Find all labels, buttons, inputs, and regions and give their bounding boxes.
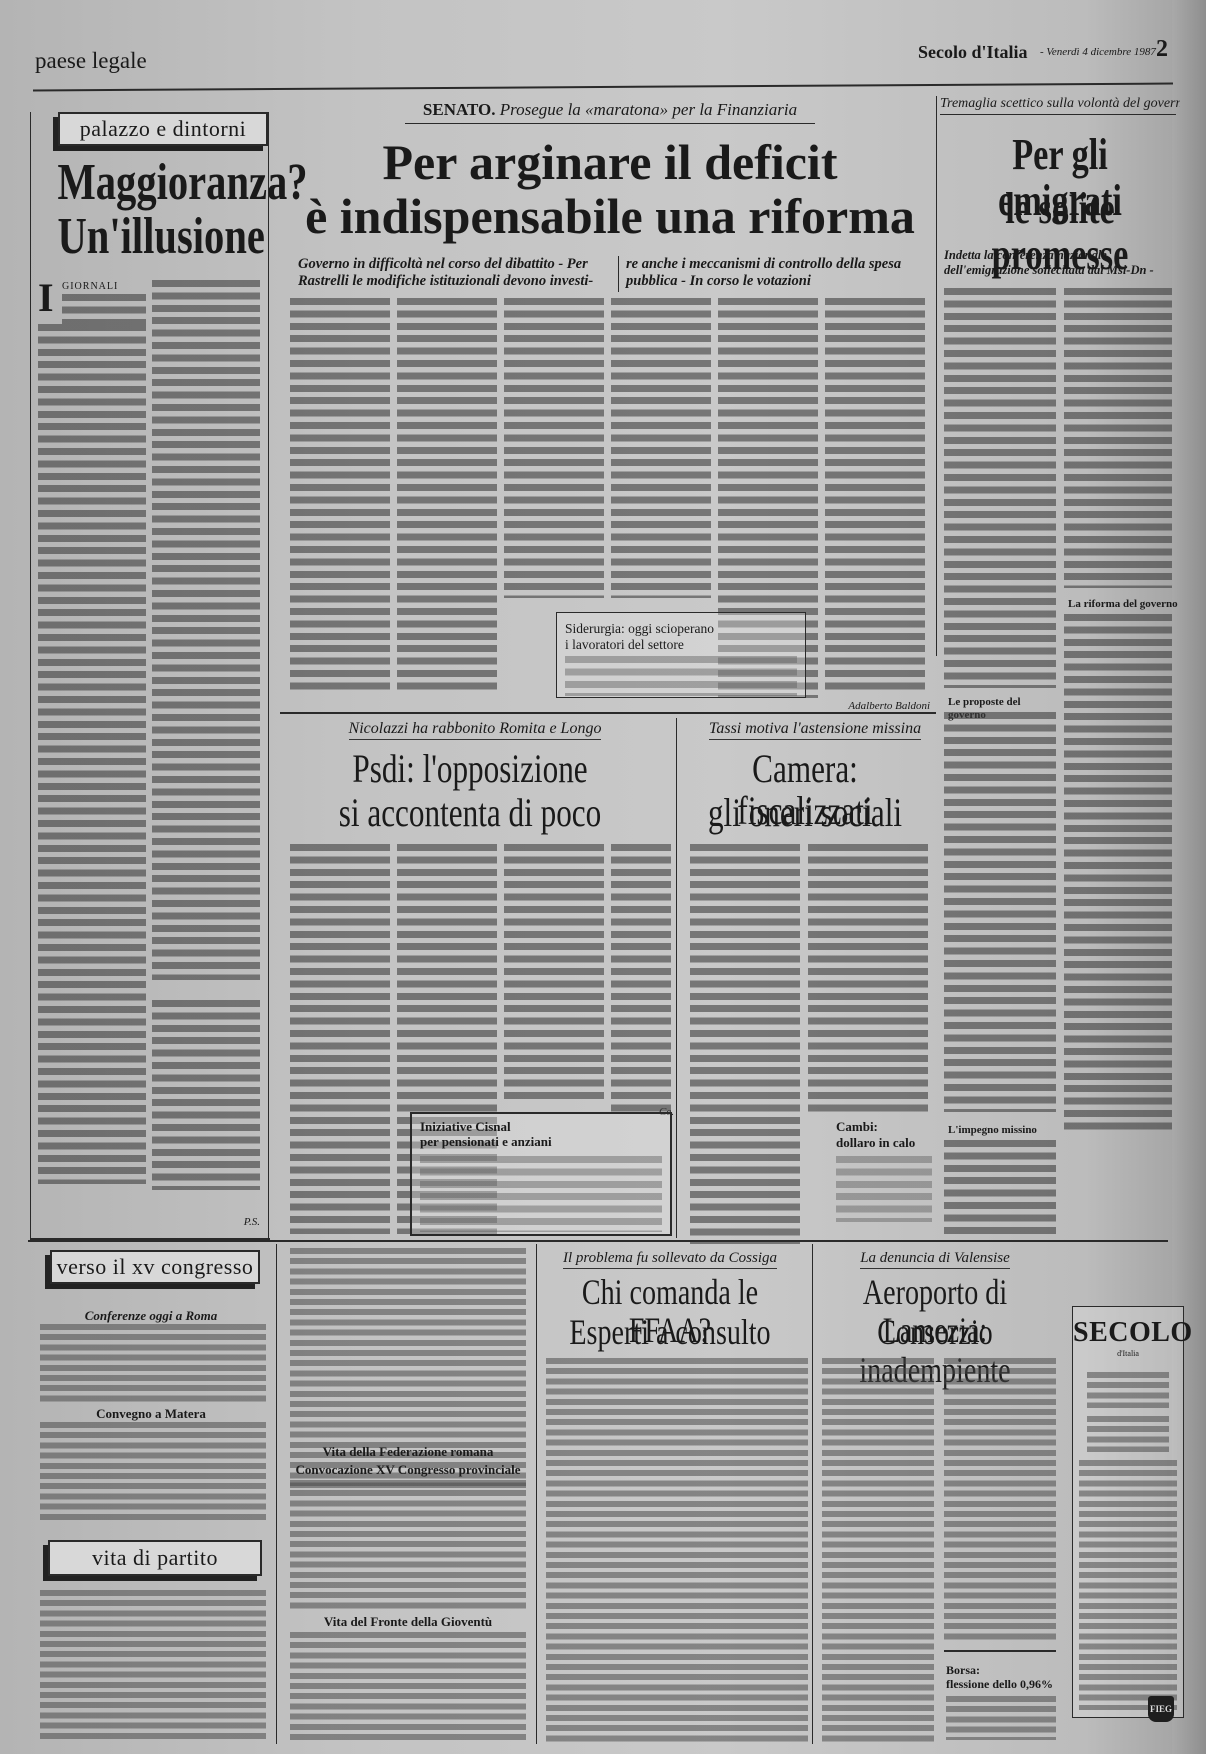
colophon-text [1079,1460,1177,1710]
lead-bottom-rule [280,712,936,714]
body-text [825,298,925,693]
body-text [152,280,260,980]
body-text [290,298,390,690]
lead-deck-left: Governo in difficoltà nel corso del diba… [298,256,610,291]
borsa-label: Borsa: [946,1664,980,1678]
body-text [290,1632,526,1742]
body-text [690,844,800,1244]
kicker-rule [940,114,1176,115]
drop-cap: I [38,278,54,318]
fieg-logo: FIEG [1148,1696,1174,1722]
box-subtitle: i lavoratori del settore [565,637,805,653]
masthead-rule [33,83,1173,92]
body-text [38,324,146,1184]
box-subtitle: per pensionati e anziani [420,1135,670,1150]
psdi-headline-line1: Psdi: l'opposizione [314,748,626,790]
box-title: Iniziative Cisnal [420,1120,670,1135]
kicker-text: Prosegue la «maratona» per la Finanziari… [500,100,797,119]
body-text [290,844,390,1234]
body-text [944,712,1056,1112]
body-text [40,1590,266,1740]
body-text [944,288,1056,688]
kicker-rule [405,123,815,124]
emigrati-deck: Indetta la conferenza nazionale dell'emi… [944,248,1176,280]
headline-illusione: Un'illusione [58,210,253,265]
lead-headline-line2: è indispensabile una riforma [280,190,940,243]
ffaa-kicker: Il problema fu sollevato da Cossiga [540,1250,800,1267]
lead-deck-right: re anche i meccanismi di controllo della… [626,256,938,291]
rubric-palazzo: palazzo e dintorni [58,112,268,146]
body-text [504,844,604,1104]
psdi-kicker-text: Nicolazzi ha rabbonito Romita e Longo [349,720,602,740]
colophon-logo-sub: d'Italia [1073,1349,1183,1358]
cisnal-box: Iniziative Cisnal per pensionati e anzia… [410,1112,672,1236]
section-label: paese legale [35,48,147,74]
ffaa-headline-line2: Esperti a consulto [553,1314,787,1352]
column-divider [268,112,269,1240]
kicker-label: SENATO. [423,100,496,119]
body-text [420,1156,662,1232]
column-divider [276,1244,277,1744]
federation-title: Vita della Federazione romana [284,1444,532,1460]
cambi-subtitle: dollaro in calo [836,1136,936,1151]
ffaa-kicker-text: Il problema fu sollevato da Cossiga [563,1250,777,1269]
emigrati-kicker: Tremaglia scettico sulla volontà del gov… [940,96,1180,112]
body-text [1064,288,1172,588]
column-divider [676,718,677,1238]
lead-kicker: SENATO. Prosegue la «maratona» per la Fi… [400,100,820,120]
body-text [290,1480,526,1610]
column-divider [812,1244,813,1744]
body-text [397,298,497,690]
federation-subtitle: Convocazione XV Congresso provinciale [284,1462,532,1478]
lamezia-kicker-text: La denuncia di Valensise [860,1250,1010,1269]
colophon-text [1087,1416,1169,1452]
colophon-box: SECOLO d'Italia [1072,1306,1184,1718]
body-text [504,298,604,598]
rubric-vita-partito: vita di partito [48,1540,262,1576]
body-text [62,294,146,324]
body-text [944,1358,1056,1640]
psdi-kicker: Nicolazzi ha rabbonito Romita e Longo [300,720,650,738]
subhead-matera: Convegno a Matera [36,1406,266,1422]
body-text [1064,614,1172,1134]
body-text [822,1358,934,1743]
lower-section-rule [28,1240,1168,1242]
lamezia-kicker: La denuncia di Valensise [820,1250,1050,1267]
body-text [944,1140,1056,1236]
lead-words: GIORNALI [62,281,118,292]
newspaper-page: paese legale Secolo d'Italia - Venerdì 4… [0,0,1206,1754]
page-number: 2 [1156,36,1168,63]
emigrati-subhead: La riforma del governo [1068,598,1178,611]
youth-title: Vita del Fronte della Gioventù [284,1614,532,1630]
body-text [565,656,797,696]
issue-date: - Venerdì 4 dicembre 1987 [1040,46,1156,58]
body-text [40,1324,266,1402]
borsa-title: flessione dello 0,96% [946,1678,1053,1692]
body-text [546,1358,808,1743]
body-text [152,1000,260,1190]
camera-kicker: Tassi motiva l'astensione missina [690,720,940,738]
subhead-conferenze: Conferenze oggi a Roma [36,1308,266,1324]
colophon-logo: SECOLO [1073,1317,1183,1349]
camera-kicker-text: Tassi motiva l'astensione missina [709,720,921,740]
column-divider [536,1244,537,1744]
body-text [40,1422,266,1522]
psdi-headline-line2: si accontenta di poco [314,792,626,834]
headline-maggioranza: Maggioranza? [58,156,253,211]
box-title: Siderurgia: oggi scioperano [565,621,805,637]
body-text [946,1696,1056,1740]
lead-byline: Adalberto Baldoni [820,700,930,712]
rubric-congresso: verso il xv congresso [50,1250,260,1284]
lead-headline-line1: Per arginare il deficit [280,136,940,189]
colophon-text [1087,1372,1169,1408]
left-column-border [30,112,31,1240]
body-text [836,1156,932,1222]
body-text [611,844,671,1114]
signature: P.S. [210,1216,260,1228]
deck-divider [618,256,619,292]
column-divider [936,96,937,656]
body-text [611,298,711,598]
siderurgia-box: Siderurgia: oggi scioperano i lavoratori… [556,612,806,698]
body-text [808,844,928,1114]
borsa-rule [944,1650,1056,1652]
camera-headline-line2: gli oneri sociali [692,792,918,834]
paper-name: Secolo d'Italia [918,42,1028,63]
cambi-title: Cambi: [836,1120,936,1135]
emigrati-subhead: L'impegno missino [948,1124,1058,1137]
